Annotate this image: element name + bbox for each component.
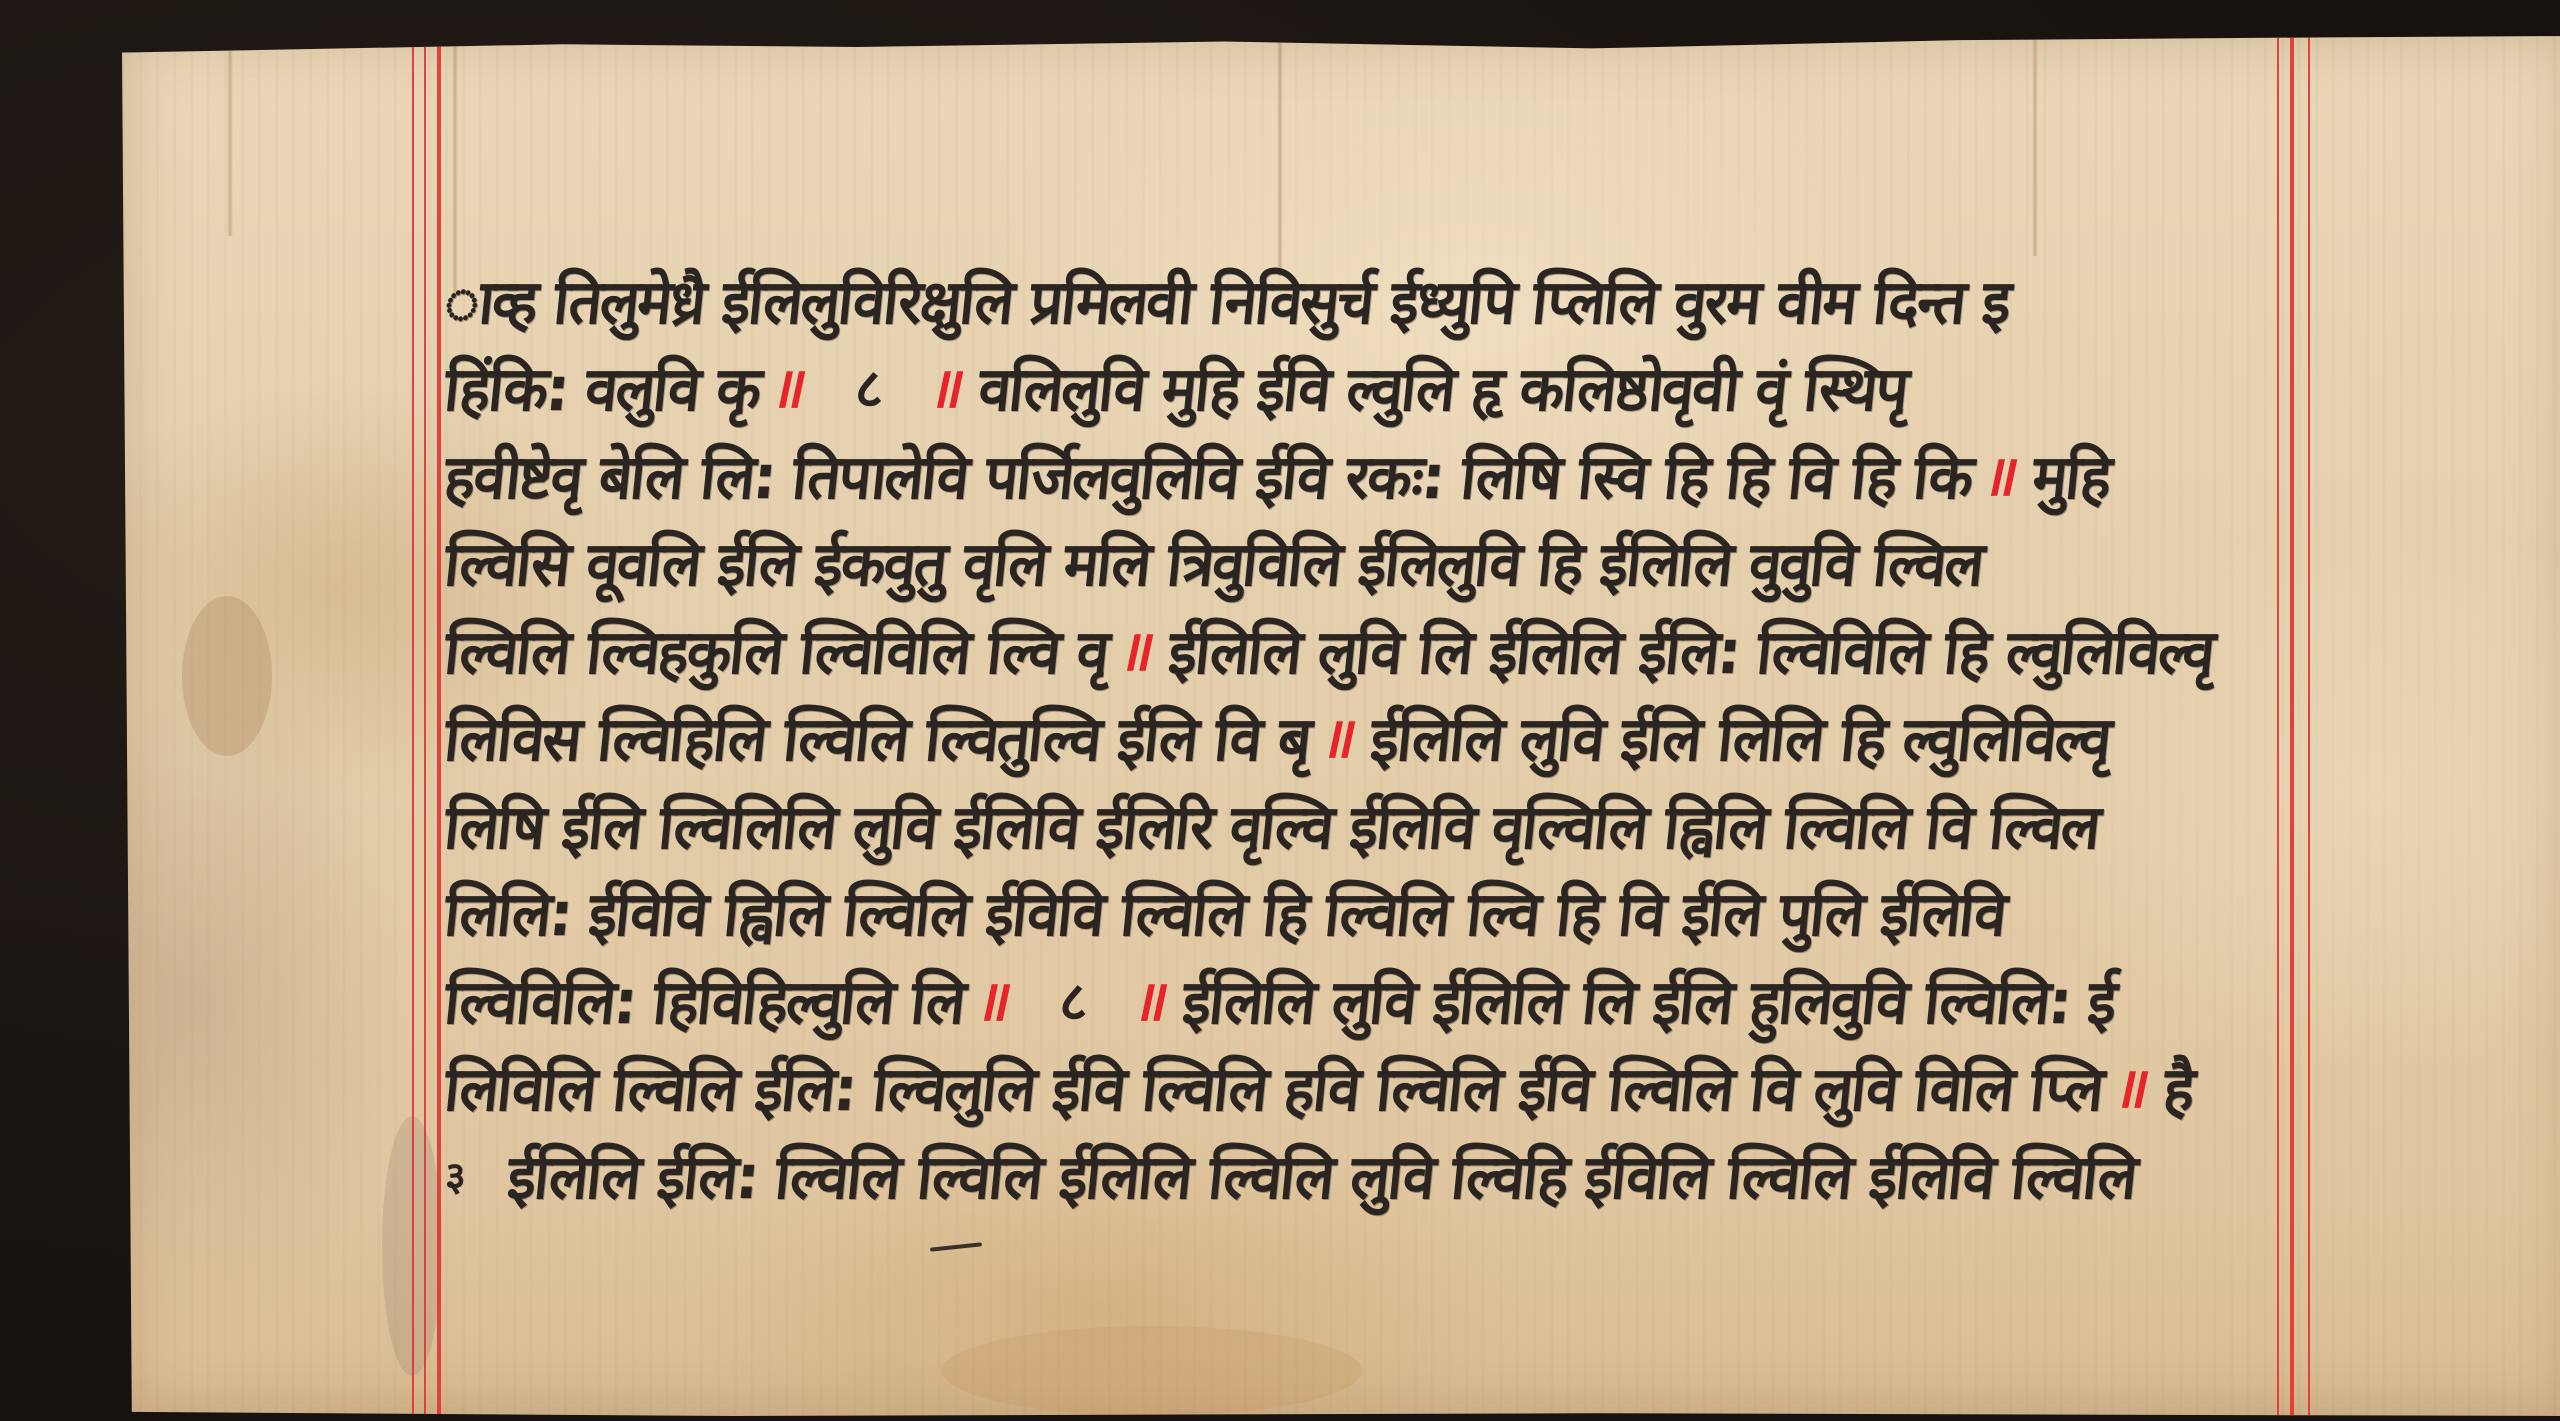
red-double-danda: ॥ [1115, 624, 1160, 680]
paper-crease [452, 36, 458, 296]
red-double-danda: ॥ [1318, 711, 1363, 767]
script-text: ईलिलि लुवि लि ईलिलि ईलि: ल्विविलि हि ल्व… [1166, 621, 2216, 682]
script-text: मुहि [2030, 446, 2113, 507]
paper-stain [182, 596, 272, 756]
manuscript-line: ल्विविलि: हिविहिल्वुलि लि॥८॥ईलिलि लुवि ई… [445, 958, 2275, 1046]
right-margin-rule [2277, 36, 2279, 1416]
paper-crease [227, 36, 233, 236]
manuscript-line: लिविलि ल्विलि ईलि: ल्विलुलि ईवि ल्विलि ह… [445, 1046, 2275, 1134]
paper-stain [942, 1326, 1362, 1416]
photo-stage: ाव्ह तिलुमेध्रै ईलिलुविरिक्षुलि प्रमिलवी… [0, 0, 2560, 1421]
red-double-danda: ॥ [1980, 449, 2025, 505]
manuscript-line: लिलि: ईविवि ह्विलि ल्विलि ईविवि ल्विलि ह… [445, 871, 2275, 959]
script-text: लिविलि ल्विलि ईलि: ल्विलुलि ईवि ल्विलि ह… [445, 1059, 2105, 1120]
script-text: लिषि ईलि ल्विलिलि लुवि ईलिवि ईलिरि वृल्व… [445, 796, 2102, 857]
script-text: ईलिलि लुवि ईलिलि लि ईलि हुलिवुवि ल्विलि:… [1180, 971, 2118, 1032]
script-text: है [2160, 1059, 2195, 1120]
left-margin-rule [412, 36, 414, 1416]
script-text: ल्विविलि: हिविहिल्वुलि लि [445, 971, 967, 1032]
script-text: वलिलुवि मुहि ईवि ल्वुलि हृ कलिष्ठोवृवी व… [975, 359, 1909, 420]
red-double-danda: ॥ [925, 361, 970, 417]
line-lead-mark: ३ [445, 1157, 466, 1197]
right-margin-rule [2308, 36, 2310, 1416]
red-double-danda: ॥ [972, 974, 1017, 1030]
left-margin-rule [424, 36, 426, 1416]
manuscript-line: ाव्ह तिलुमेध्रै ईलिलुविरिक्षुलि प्रमिलवी… [445, 258, 2275, 346]
left-margin-rule [437, 36, 441, 1416]
manuscript-line: हवीष्टेवृ बेलि लि: तिपालेवि पर्जिलवुलिवि… [445, 433, 2275, 521]
verse-numeral: ८ [1059, 975, 1087, 1029]
verse-numeral: ८ [855, 362, 883, 416]
manuscript-text: ाव्ह तिलुमेध्रै ईलिलुविरिक्षुलि प्रमिलवी… [445, 258, 2275, 1221]
manuscript-line: ल्विलि ल्विहकुलि ल्विविलि ल्वि वृ॥ईलिलि … [445, 608, 2275, 696]
script-text: हवीष्टेवृ बेलि लि: तिपालेवि पर्जिलवुलिवि… [445, 446, 1975, 507]
paper-crease [1277, 36, 1283, 276]
paper-crease [2032, 36, 2038, 256]
right-margin-rule [2290, 36, 2294, 1416]
manuscript-line: लिविस ल्विहिलि ल्विलि ल्वितुल्वि ईलि वि … [445, 696, 2275, 784]
script-text: ईलिलि ईलि: ल्विलि ल्विलि ईलिलि ल्विलि लु… [505, 1146, 2138, 1207]
script-text: लिलि: ईविवि ह्विलि ल्विलि ईविवि ल्विलि ह… [445, 884, 2008, 945]
script-text: ईलिलि लुवि ईलि लिलि हि ल्वुलिविल्वृ [1368, 709, 2113, 770]
manuscript-line: लिषि ईलि ल्विलिलि लुवि ईलिवि ईलिरि वृल्व… [445, 783, 2275, 871]
script-text: ल्विसि वूवलि ईलि ईकवुतु वृलि मलि त्रिवुव… [445, 534, 1985, 595]
red-double-danda: ॥ [1129, 974, 1174, 1030]
script-text: ल्विलि ल्विहकुलि ल्विविलि ल्वि वृ [445, 621, 1110, 682]
manuscript-line: ३ईलिलि ईलि: ल्विलि ल्विलि ईलिलि ल्विलि ल… [445, 1133, 2275, 1221]
manuscript-line: हिंकि: वलुवि कृ॥८॥वलिलुवि मुहि ईवि ल्वुल… [445, 346, 2275, 434]
script-text: हिंकि: वलुवि कृ [445, 359, 762, 420]
red-double-danda: ॥ [767, 361, 812, 417]
script-text: लिविस ल्विहिलि ल्विलि ल्वितुल्वि ईलि वि … [445, 709, 1313, 770]
manuscript-line: ल्विसि वूवलि ईलि ईकवुतु वृलि मलि त्रिवुव… [445, 521, 2275, 609]
red-double-danda: ॥ [2110, 1061, 2155, 1117]
script-text: ाव्ह तिलुमेध्रै ईलिलुविरिक्षुलि प्रमिलवी… [445, 271, 2012, 332]
